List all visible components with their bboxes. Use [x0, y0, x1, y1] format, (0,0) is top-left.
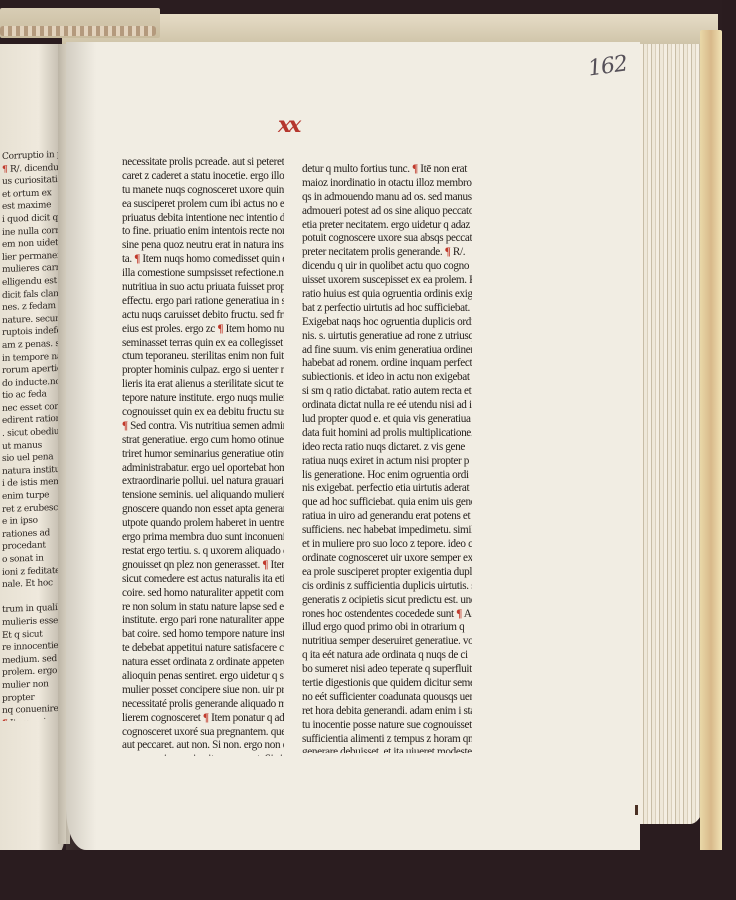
pilcrow-rubric: ¶ [2, 164, 7, 174]
text-line: cognouisset quin ex ea debitu fructu sus… [122, 406, 284, 420]
text-line: ¶ Sed contra. Vis nutritiua semen admini [122, 420, 284, 434]
pilcrow-rubric: ¶ [262, 559, 268, 571]
text-line: nis exigebat. perfectio etia uirtutis ad… [302, 482, 472, 496]
text-line: ratio huius est quia ogruentia ordinis e… [302, 288, 472, 302]
stain-mark [635, 805, 638, 815]
text-line: alioquin penas sentiret. ergo uidetur q … [122, 670, 284, 684]
text-line: et in muliere pro suo loco z tepore. ide… [302, 538, 472, 552]
background-right [722, 0, 736, 900]
running-head: xx [278, 112, 298, 138]
pilcrow-rubric: ¶ [134, 253, 140, 265]
text-line: gnouisset qn plez non generasset. ¶ Item [122, 559, 284, 573]
text-line: generare debuisset. et ita uiueret modes… [302, 746, 472, 753]
text-line: bat coire. sed homo tempore nature insti… [122, 628, 284, 642]
text-line: ret hora debita generandi. adam enim i s… [302, 705, 472, 719]
text-line: prolem. ergo [2, 665, 58, 680]
text-line: habebat ad ronem. ordine inquam perfecte [302, 357, 472, 371]
text-line: ta. ¶ Item nuqs homo comedisset quin ex [122, 253, 284, 267]
text-line: mulier posset concipere siue non. uir pr… [122, 684, 284, 698]
text-line: nis. s. uirtutis generatiue ad rone z ut… [302, 330, 472, 344]
left-page-text: Corruptio in ptis¶ R/. dicendu qus curio… [2, 149, 58, 721]
fore-edge-page-stack [628, 44, 708, 824]
text-line: sufficientia alimenti z tempus z horam q… [302, 733, 472, 747]
text-line: te debebat appetitui nature satisfacere … [122, 642, 284, 656]
pilcrow-rubric: ¶ [122, 420, 128, 432]
text-line: dicendu q uir in quolibet actu quo cogno [302, 260, 472, 274]
text-line: administrabatur. ergo uel oportebat homi… [122, 462, 284, 476]
text-column-b: detur q multo fortius tunc. ¶ Itē non er… [302, 163, 472, 753]
text-line: si sm q ratio dictabat. ratio autem rect… [302, 385, 472, 399]
text-line: data fuit homini ad prolis multiplicatio… [302, 427, 472, 441]
text-line: necessitaté prolis generande aliquado mu [122, 698, 284, 712]
top-page-edges [62, 14, 718, 44]
text-line: tu inocentie posse nature sue cognouisse… [302, 719, 472, 733]
text-line: rones hoc ostendentes cocedede sunt ¶ Ad [302, 608, 472, 622]
text-line: actu nuqs caruisset debito fructu. sed f… [122, 309, 284, 323]
text-line: sine pena quoz neutru erat in natura ins… [122, 239, 284, 253]
text-line: admoueri potest ad os sine aliquo peccat… [302, 205, 472, 219]
gutter-shadow [66, 42, 96, 850]
text-line: sufficiens. nec habebat impedimetu. simi… [302, 524, 472, 538]
text-line: strat generatiue. ergo cum homo otinue n… [122, 434, 284, 448]
text-line: potuit cognoscere uxore sua absqs peccat… [302, 232, 472, 246]
text-line: que ad hoc sufficiebat. quia enim uis ge… [302, 496, 472, 510]
text-line: bo sumeret nisi adeo teperate q superflu… [302, 663, 472, 677]
text-line: nutritiua semper deseruiret generatiue. … [302, 635, 472, 649]
text-line: tensione seminis. uel aliquando mulieré … [122, 489, 284, 503]
text-line: q ita eét natura ade ordinata q nuqs de … [302, 649, 472, 663]
text-line: ad fine suum. vis enim generatiua ordine… [302, 344, 472, 358]
back-cover-edge [700, 30, 722, 860]
text-line: caret z caderet a statu inocetie. ergo i… [122, 170, 284, 184]
text-line: institute. ergo pari rone naturaliter ap… [122, 614, 284, 628]
text-line: eius est proles. ergo zc ¶ Item homo nuq… [122, 323, 284, 337]
pilcrow-rubric: ¶ [217, 323, 223, 335]
text-line: ordinate cognosceret uir uxore semper ex [302, 552, 472, 566]
text-line: ratiua nuqs exiret in actum nisi propter… [302, 455, 472, 469]
text-line: maioz inordinatio in otactu illoz membro… [302, 177, 472, 191]
text-line: detur q multo fortius tunc. ¶ Itē non er… [302, 163, 472, 177]
text-line: tu manete nuqs cognosceret uxore quin ex [122, 184, 284, 198]
text-line: ideo recta ratio nuqs dictaret. z vis ge… [302, 441, 472, 455]
text-line: triret humor seminarius generatiue otinu… [122, 448, 284, 462]
text-line: utpote quando prolem haberet in uentre. … [122, 517, 284, 531]
text-line: necesse q in omni coitu generaret. Si si… [122, 753, 284, 756]
text-line: propter hominis culpaz. ergo si uenter m… [122, 364, 284, 378]
text-line: uisset uxorem suscepisset ex ea prolem. … [302, 274, 472, 288]
text-line: priuatus debita intentione nec intentio … [122, 212, 284, 226]
text-line: no eét sufficienter coadunata quousqs ue… [302, 691, 472, 705]
text-line: Exigebat naqs hoc ogruentia duplicis ord… [302, 316, 472, 330]
text-line: bat z perfectio uirtutis ad hoc sufficie… [302, 302, 472, 316]
text-column-a: necessitate prolis pcreade. aut si peter… [122, 156, 284, 756]
text-line: cognosceret uxoré sua pregnantem. quero [122, 726, 284, 740]
text-line: lieris ita erat alienus a sterilitate si… [122, 378, 284, 392]
text-line: etia preter necitatem. ergo uidetur q ad… [302, 219, 472, 233]
text-line: re non solum in statu nature lapse sed e… [122, 601, 284, 615]
text-line: effectu. ergo pari ratione generatiua in… [122, 295, 284, 309]
text-line: ea susciperet prolem cum ibi actus no es… [122, 198, 284, 212]
pilcrow-rubric: ¶ [2, 719, 7, 721]
text-line: qs in admouendo manu ad os. sed manus [302, 191, 472, 205]
text-line: subiectionis. et ideo in actu non exigeb… [302, 371, 472, 385]
text-line: seminasset terras quin ex ea collegisset… [122, 337, 284, 351]
text-line: lud propter quod e. et quia vis generati… [302, 413, 472, 427]
text-line: generatis z ocipietis sicut predictu est… [302, 594, 472, 608]
text-line: nale. Et hoc [2, 577, 58, 592]
text-line: illud ergo quod primo obi in otrarium q [302, 621, 472, 635]
text-line: rationes ad [2, 527, 58, 542]
text-line: lierem cognosceret ¶ Item ponatur q ada [122, 712, 284, 726]
text-line: preter necitatem prolis generande. ¶ R/. [302, 246, 472, 260]
text-line: tertie digestionis que quidem dicitur se… [302, 677, 472, 691]
text-line: extraordinarie pollui. uel natura grauar… [122, 475, 284, 489]
text-line: nq conueniret [2, 703, 58, 718]
text-line: ergo prima membra duo sunt inconuenietia [122, 531, 284, 545]
text-line: natura esset ordinata z ordinate appeter… [122, 656, 284, 670]
text-line: nutritiua in suo actu priuata fuisset pr… [122, 281, 284, 295]
text-line: ret z erubesc [2, 502, 58, 517]
text-line: to fine. priuatio enim intentois recte n… [122, 225, 284, 239]
text-line: necessitate prolis pcreade. aut si peter… [122, 156, 284, 170]
text-line: aut peccaret. aut non. Si non. ergo non … [122, 739, 284, 753]
pilcrow-rubric: ¶ [456, 608, 462, 620]
text-line: cis ordinis z sufficientia duplicis uirt… [302, 580, 472, 594]
text-line: sicut comedere est actus naturalis ita e… [122, 573, 284, 587]
text-line: ratiua in uiro ad generandu erat potens … [302, 510, 472, 524]
pilcrow-rubric: ¶ [412, 163, 418, 175]
text-line: i de istis membri [2, 476, 58, 491]
headband [0, 26, 156, 36]
pilcrow-rubric: ¶ [203, 712, 209, 724]
text-line: tepore nature institute. ergo nuqs mulie… [122, 392, 284, 406]
text-line: illa comestione sumpsisset refectione.ne… [122, 267, 284, 281]
background-bottom [0, 850, 736, 900]
text-line: ctum teporaneu. sterilitas enim non fuit… [122, 350, 284, 364]
text-line: do inducte.non [2, 376, 58, 391]
text-line: mulieris esset [2, 615, 58, 630]
text-line: ea prole susciperet propter exigentia du… [302, 566, 472, 580]
text-line: gnoscere quando non esset apta generare. [122, 503, 284, 517]
text-line: lis generatione. Hoc enim ogruentia ordi [302, 469, 472, 483]
text-line: coire. sed homo naturaliter appetit come… [122, 587, 284, 601]
pilcrow-rubric: ¶ [445, 246, 451, 258]
text-line: ordinata dictat nulla re eé utendu nisi … [302, 399, 472, 413]
text-line: restat ergo tertiu. s. q uxorem aliquado… [122, 545, 284, 559]
text-line: . sicut obediunt [2, 426, 58, 441]
